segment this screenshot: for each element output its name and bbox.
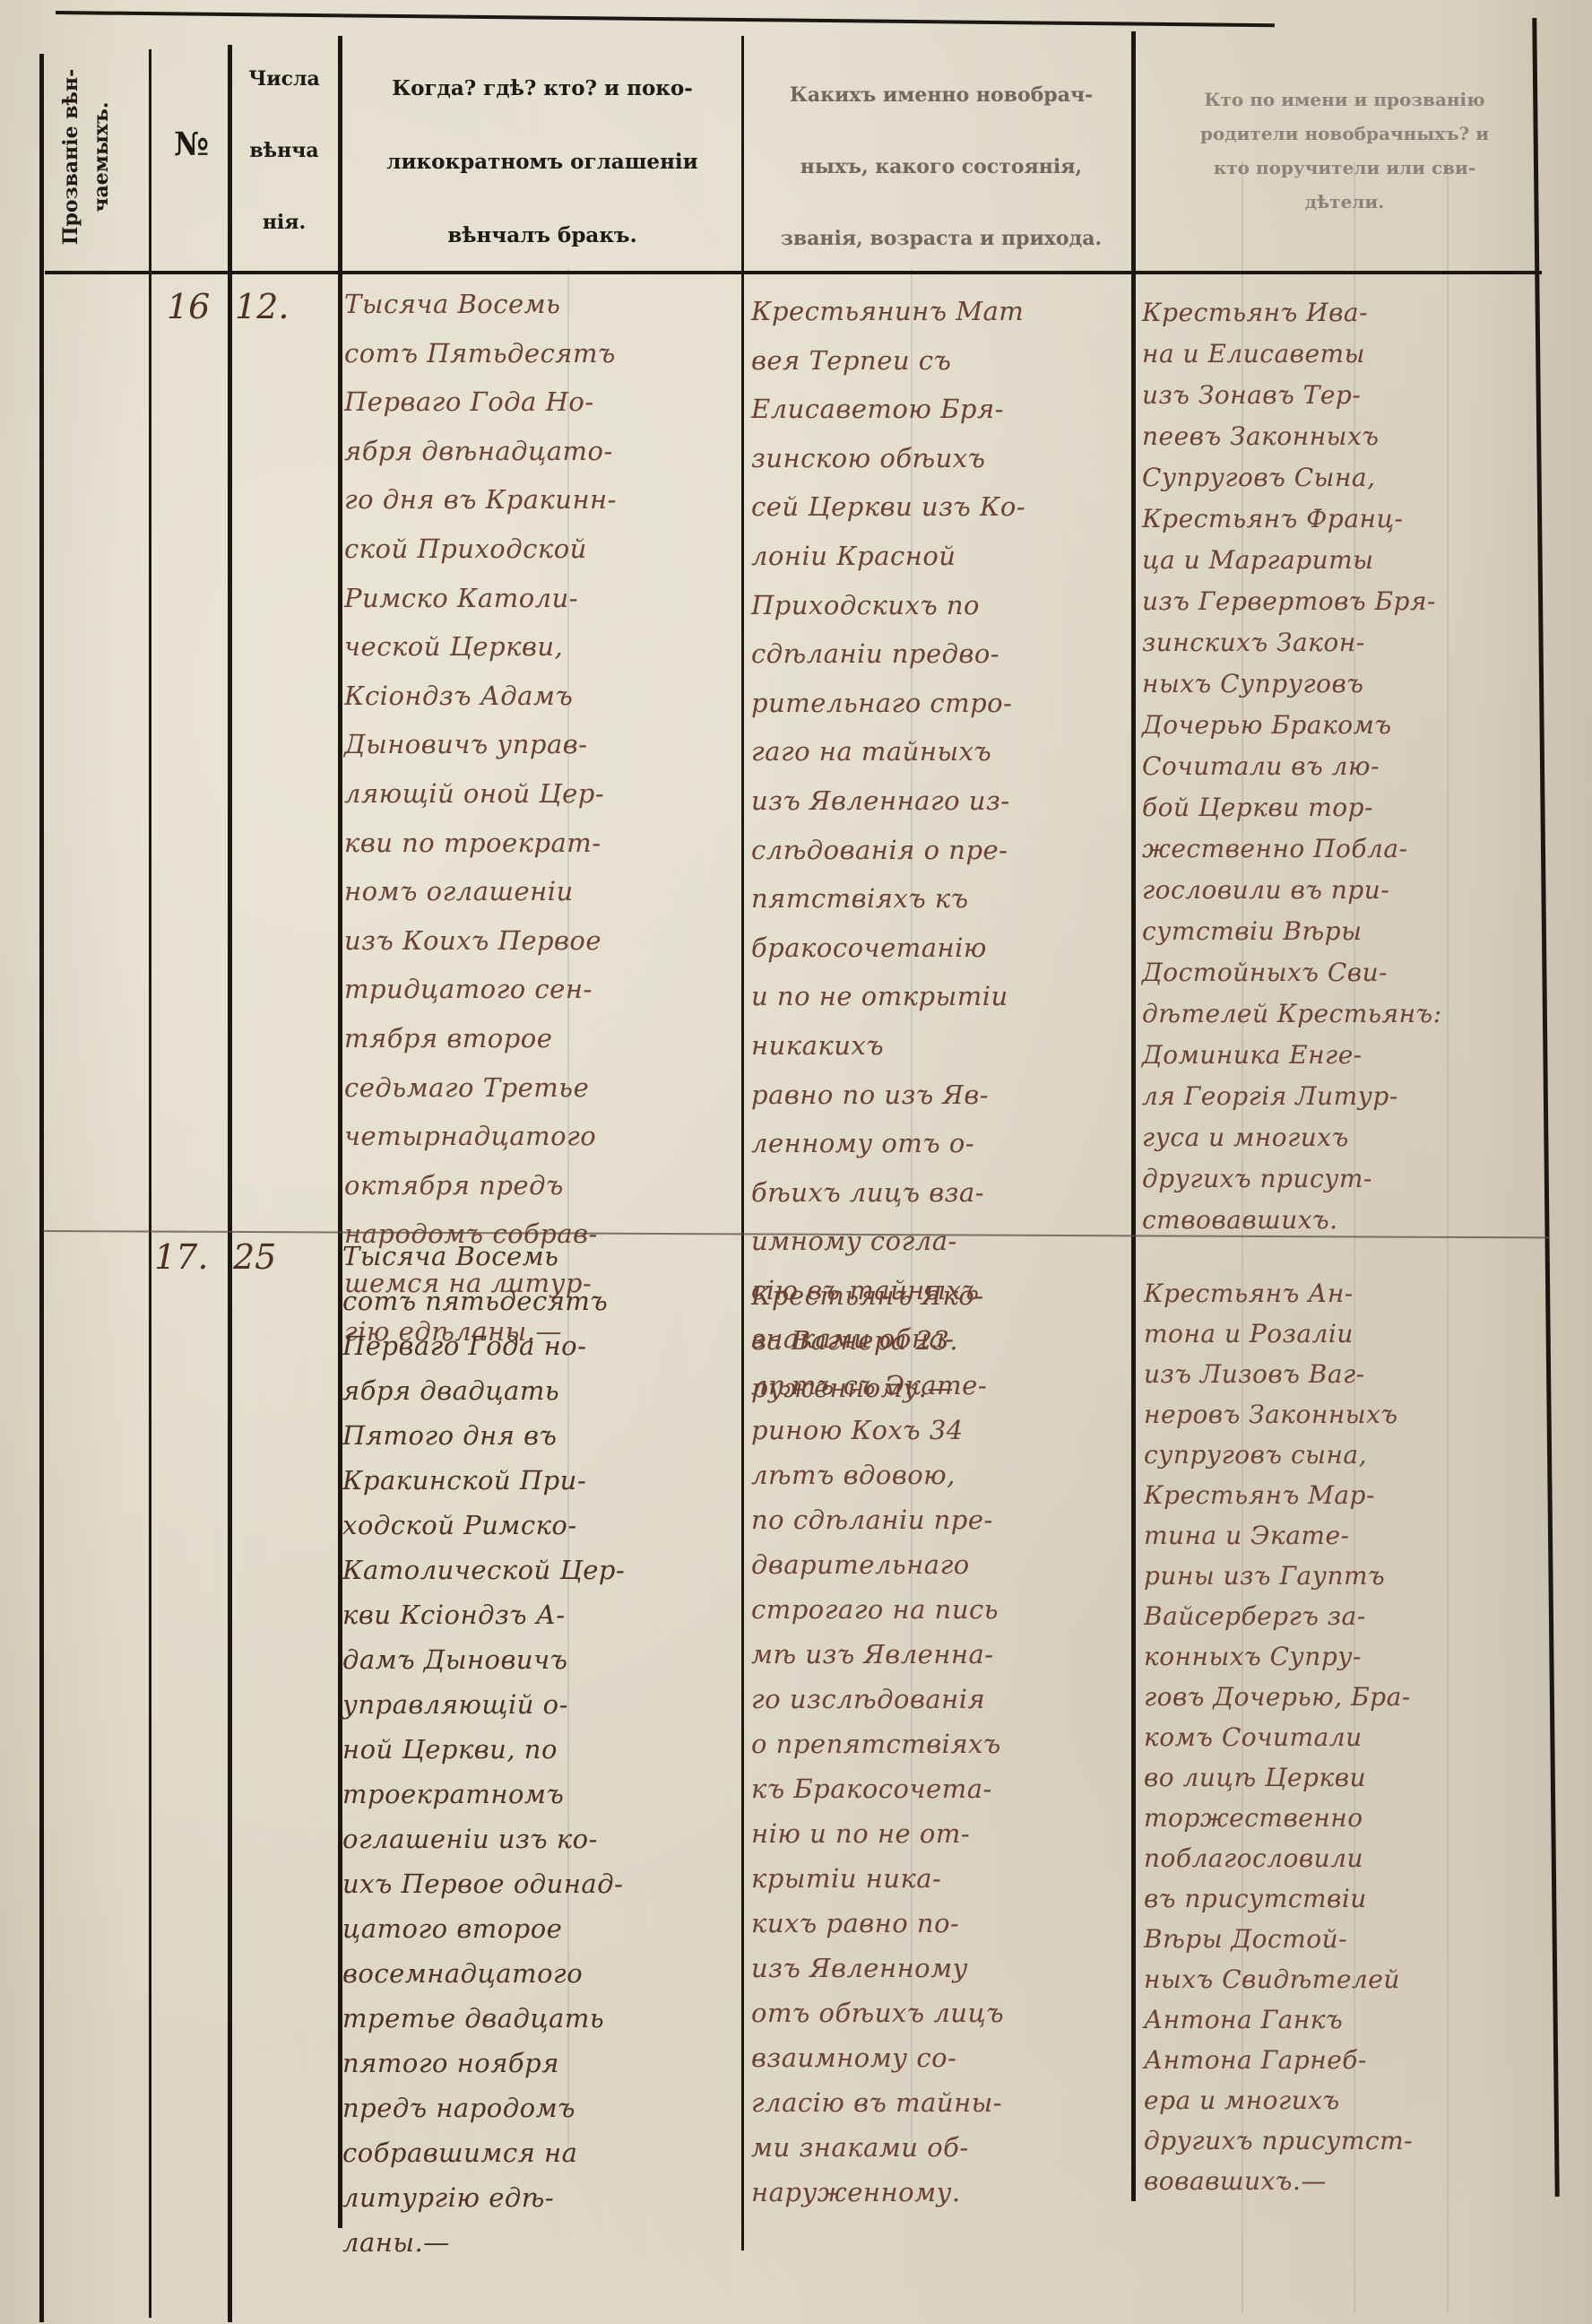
record-day: 12. (235, 287, 289, 326)
record-entry-number: 16 (167, 287, 210, 326)
column-rule (228, 45, 232, 2322)
record-parents-witnesses: Крестьянъ Ива- на и Елисаветы изъ Зонавъ… (1142, 292, 1541, 1241)
column-rule (1131, 31, 1136, 2201)
column-rule (741, 36, 744, 2250)
top-rule (56, 11, 1275, 27)
header-col-when-where: Когда? гдѣ? кто? и поко- ликократномъ ог… (350, 52, 735, 273)
header-col-surname: Прозваніе вѣн- чаемыхъ. (56, 54, 117, 260)
header-col-date: Числа вѣнча нія. (231, 43, 337, 258)
header-col-number: № (174, 126, 209, 163)
column-rule (39, 54, 44, 2322)
column-rule (149, 49, 151, 2318)
record-when-where-who: Тысяча Восемь сотъ пятьдесятъ Перваго Го… (342, 1234, 737, 2265)
header-col-parents-witnesses: Кто по имени и прозванію родители новобр… (1147, 82, 1542, 219)
record-couple: Крестьянъ Яко- ва Вагнера 23. лѣтъ съ Эк… (751, 1273, 1129, 2215)
header-col-couple: Какихъ именно новобрач- ныхъ, какого сос… (753, 59, 1129, 274)
record-couple: Крестьянинъ Мат вея Терпеи съ Елисаветою… (751, 287, 1128, 1413)
record-entry-number: 17. (154, 1237, 208, 1277)
record-parents-witnesses: Крестьянъ Ан- тона и Розаліи изъ Лизовъ … (1144, 1273, 1543, 2201)
register-page: Прозваніе вѣн- чаемыхъ. № Числа вѣнча ні… (0, 0, 1592, 2324)
record-when-where-who: Тысяча Восемь сотъ Пятьдесятъ Перваго Го… (344, 280, 739, 1357)
record-day: 25 (233, 1237, 276, 1277)
